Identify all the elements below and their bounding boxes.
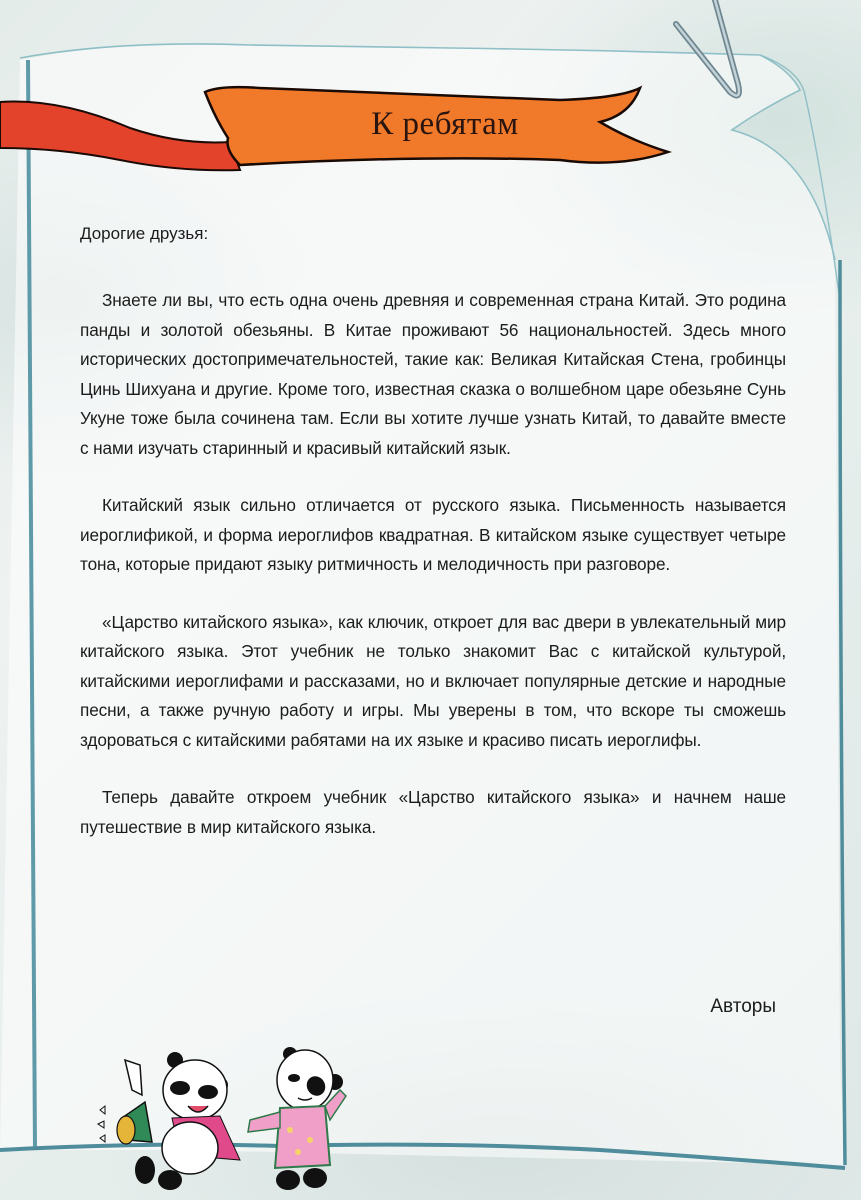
letter-greeting: Дорогие друзья: — [80, 222, 786, 246]
panda-megaphone-icon — [98, 1052, 240, 1190]
title-ribbon — [0, 0, 861, 200]
paragraph-language-differences: Китайский язык сильно отличается от русс… — [80, 491, 786, 580]
paragraph-textbook-description: «Царство китайского языка», как ключик, … — [80, 608, 786, 756]
panda-robe-icon — [248, 1047, 346, 1190]
letter-signature: Авторы — [640, 996, 776, 1018]
paragraph-invitation: Теперь давайте откроем учебник «Царство … — [80, 783, 786, 842]
letter-body: Дорогие друзья: Знаете ли вы, что есть о… — [80, 222, 786, 870]
page-title: К ребятам — [300, 106, 590, 143]
pandas-illustration — [90, 1040, 390, 1200]
paragraph-intro-china: Знаете ли вы, что есть одна очень древня… — [80, 286, 786, 463]
